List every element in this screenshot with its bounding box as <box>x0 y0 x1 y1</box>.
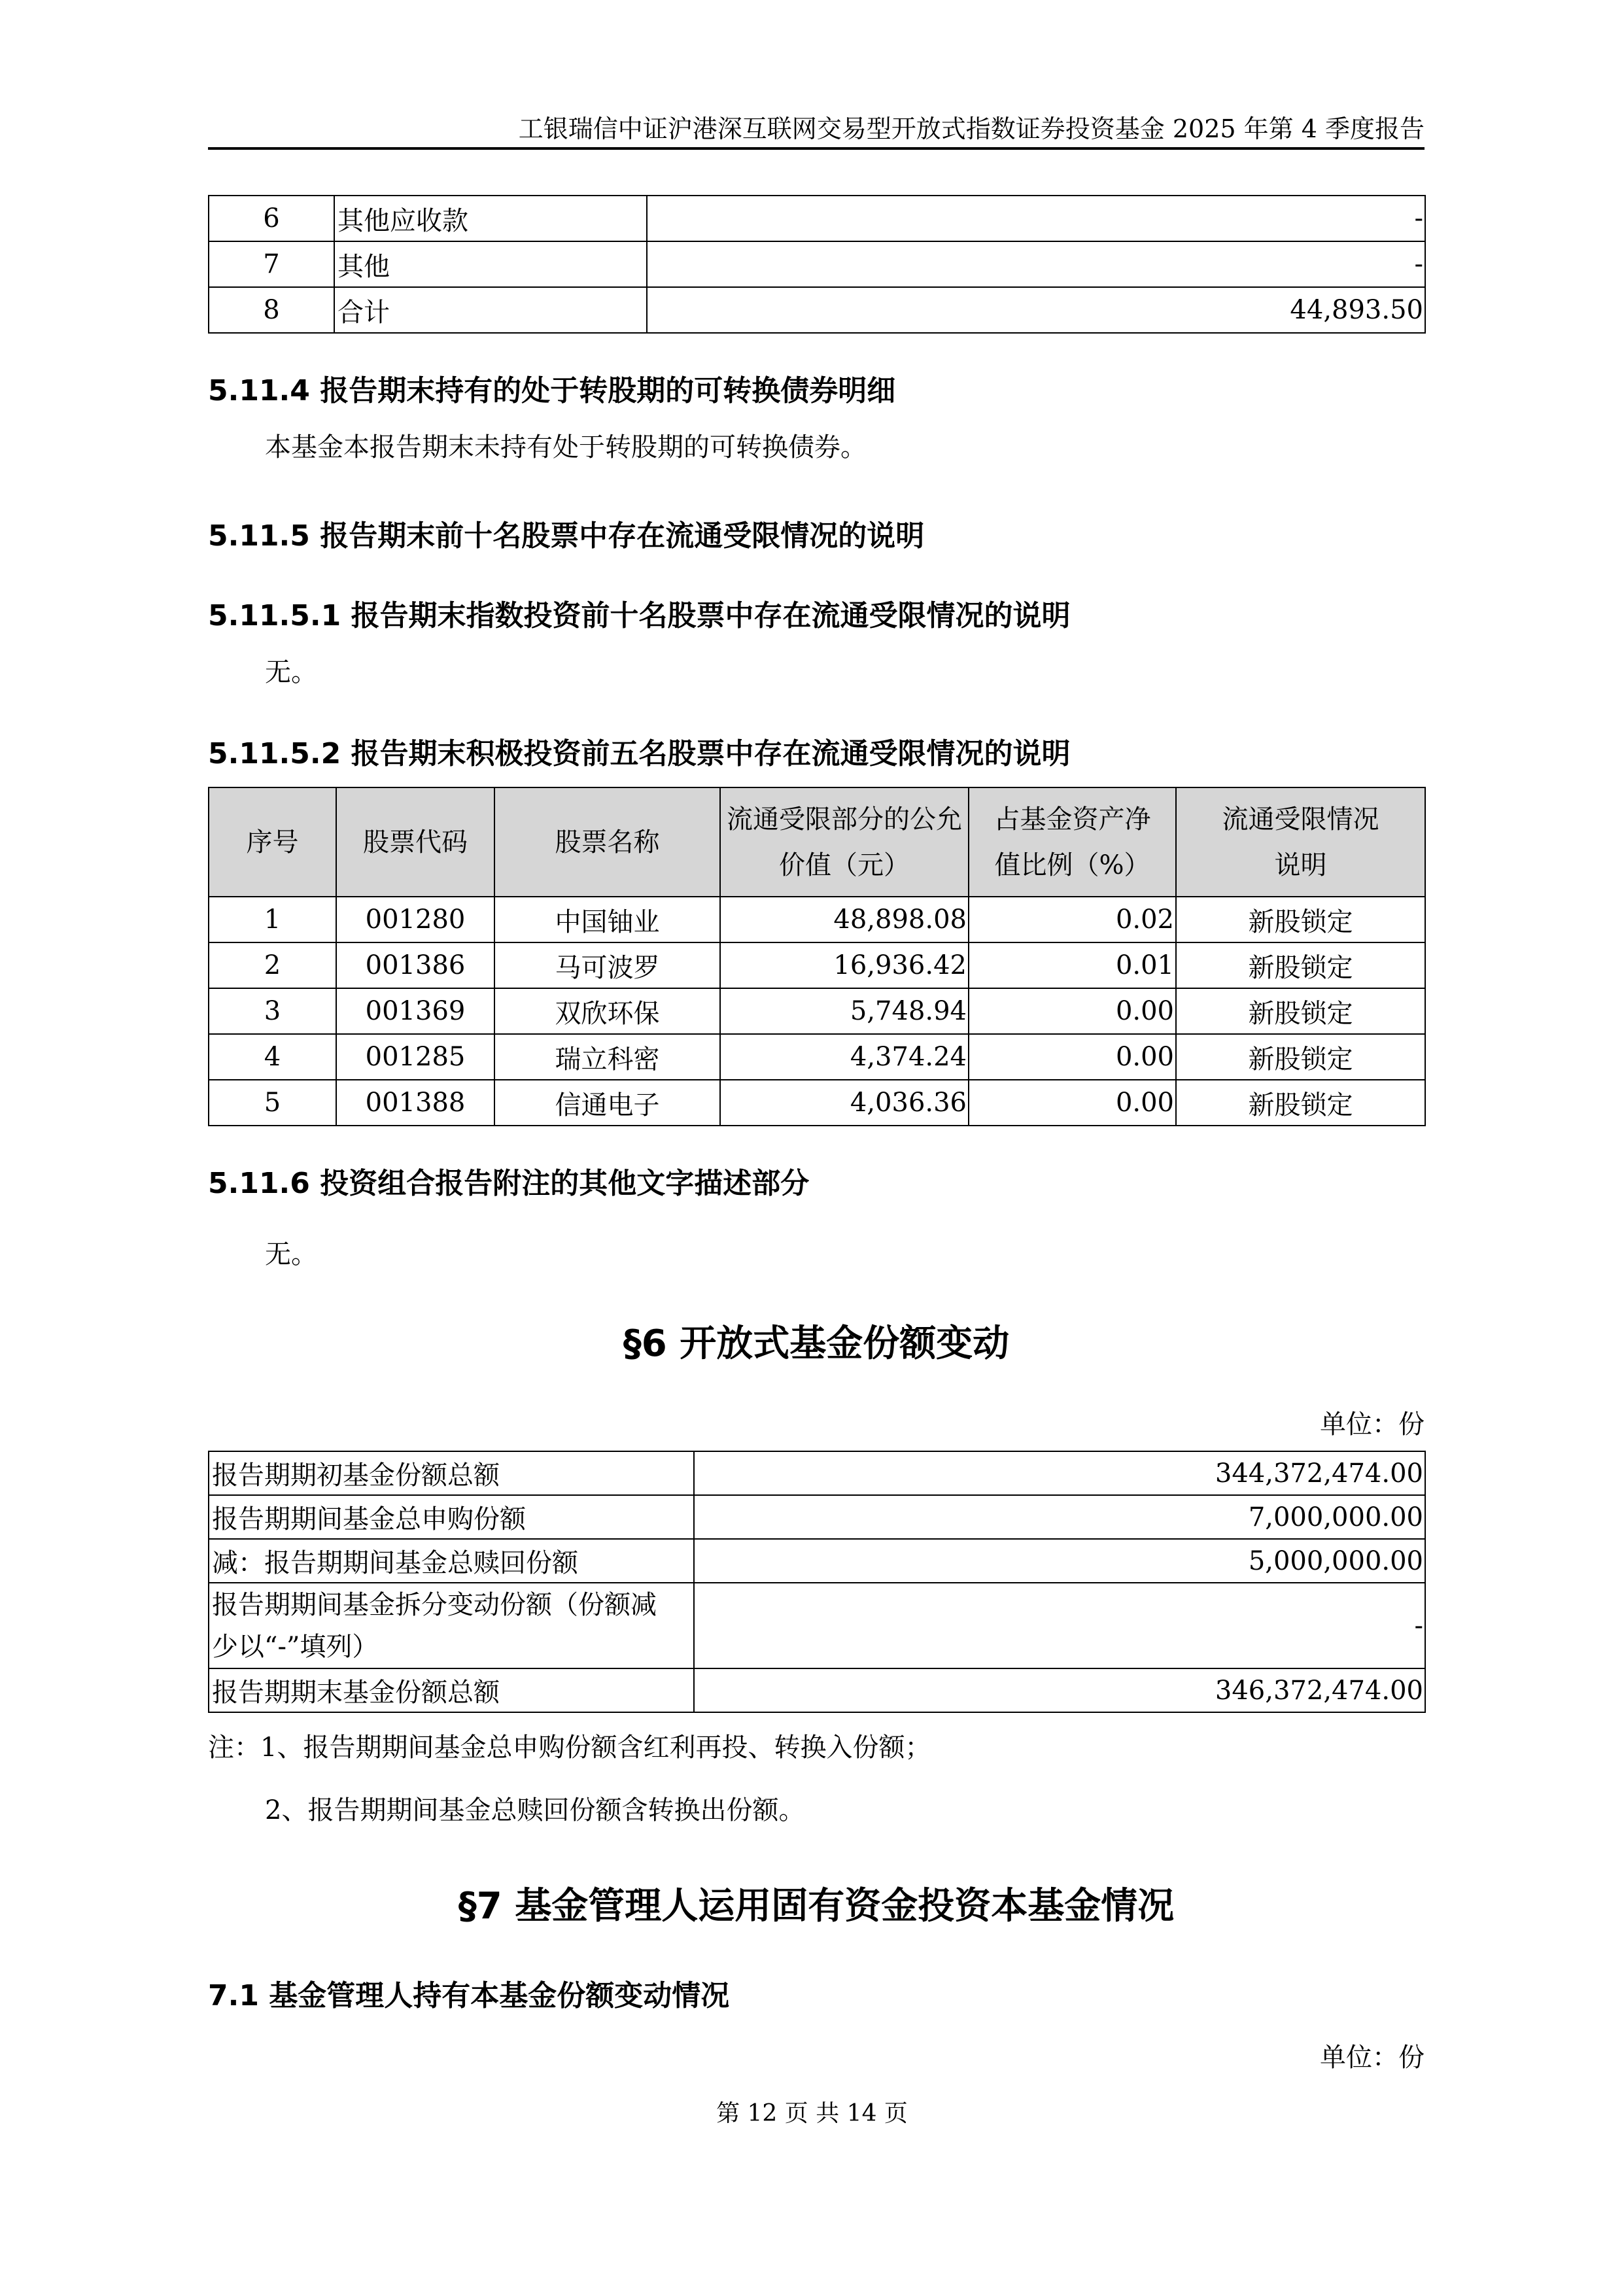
col-header-no: 序号 <box>209 787 336 897</box>
col-header-fair-value-line1: 流通受限部分的公允 <box>721 797 968 842</box>
cell-fair-value: 5,748.94 <box>720 988 969 1034</box>
table-row: 5 001388 信通电子 4,036.36 0.00 新股锁定 <box>209 1080 1425 1126</box>
row-label: 报告期期间基金总申购份额 <box>209 1495 694 1539</box>
row-value: - <box>694 1583 1425 1668</box>
row-value: 5,000,000.00 <box>694 1539 1425 1583</box>
col-header-code: 股票代码 <box>336 787 494 897</box>
cell-ratio: 0.00 <box>969 1080 1176 1126</box>
table-row: 7 其他 - <box>209 241 1425 287</box>
table-row: 减：报告期期间基金总赎回份额 5,000,000.00 <box>209 1539 1425 1583</box>
row-value: 7,000,000.00 <box>694 1495 1425 1539</box>
table-header-row: 序号 股票代码 股票名称 流通受限部分的公允 价值（元） 占基金资产净 值比例（… <box>209 787 1425 897</box>
row-value: - <box>647 241 1425 287</box>
col-header-fair-value-line2: 价值（元） <box>721 842 968 888</box>
cell-name: 中国铀业 <box>494 897 720 942</box>
cell-code: 001285 <box>336 1034 494 1080</box>
cell-ratio: 0.00 <box>969 1034 1176 1080</box>
cell-ratio: 0.00 <box>969 988 1176 1034</box>
page-number: 第 12 页 共 14 页 <box>0 2098 1624 2130</box>
cell-code: 001280 <box>336 897 494 942</box>
cell-desc: 新股锁定 <box>1176 988 1425 1034</box>
row-label: 减：报告期期间基金总赎回份额 <box>209 1539 694 1583</box>
cell-code: 001388 <box>336 1080 494 1126</box>
heading-5-11-5-2: 5.11.5.2 报告期末积极投资前五名股票中存在流通受限情况的说明 <box>208 734 1071 774</box>
col-header-ratio-line2: 值比例（%） <box>969 842 1175 888</box>
table-row: 报告期期间基金总申购份额 7,000,000.00 <box>209 1495 1425 1539</box>
row-value: 346,372,474.00 <box>694 1668 1425 1712</box>
col-header-fair-value: 流通受限部分的公允 价值（元） <box>720 787 969 897</box>
cell-code: 001386 <box>336 942 494 988</box>
note-2: 2、报告期期间基金总赎回份额含转换出份额。 <box>265 1792 804 1829</box>
table-row: 报告期期初基金份额总额 344,372,474.00 <box>209 1451 1425 1495</box>
other-assets-table: 6 其他应收款 - 7 其他 - 8 合计 44,893.50 <box>208 195 1426 334</box>
table-row: 报告期期间基金拆分变动份额（份额减 少以“-”填列） - <box>209 1583 1425 1668</box>
table-row: 1 001280 中国铀业 48,898.08 0.02 新股锁定 <box>209 897 1425 942</box>
cell-ratio: 0.02 <box>969 897 1176 942</box>
row-label: 报告期期间基金拆分变动份额（份额减 少以“-”填列） <box>209 1583 694 1668</box>
row-no: 8 <box>209 287 334 333</box>
cell-no: 3 <box>209 988 336 1034</box>
section-7-title: §7 基金管理人运用固有资金投资本基金情况 <box>208 1884 1425 1929</box>
cell-no: 4 <box>209 1034 336 1080</box>
row-value: 44,893.50 <box>647 287 1425 333</box>
heading-7-1: 7.1 基金管理人持有本基金份额变动情况 <box>208 1976 729 2016</box>
cell-fair-value: 16,936.42 <box>720 942 969 988</box>
table-row: 2 001386 马可波罗 16,936.42 0.01 新股锁定 <box>209 942 1425 988</box>
cell-name: 马可波罗 <box>494 942 720 988</box>
text-5-11-4: 本基金本报告期末未持有处于转股期的可转换债券。 <box>265 429 867 466</box>
heading-5-11-5-1: 5.11.5.1 报告期末指数投资前十名股票中存在流通受限情况的说明 <box>208 596 1071 636</box>
cell-desc: 新股锁定 <box>1176 1080 1425 1126</box>
row-name: 其他 <box>334 241 647 287</box>
cell-no: 2 <box>209 942 336 988</box>
col-header-ratio-line1: 占基金资产净 <box>969 797 1175 842</box>
text-5-11-6: 无。 <box>265 1236 317 1273</box>
cell-ratio: 0.01 <box>969 942 1176 988</box>
cell-name: 瑞立科密 <box>494 1034 720 1080</box>
row-value: - <box>647 196 1425 241</box>
row-label-line1: 报告期期间基金拆分变动份额（份额减 <box>212 1584 689 1626</box>
col-header-desc: 流通受限情况 说明 <box>1176 787 1425 897</box>
table-row: 3 001369 双欣环保 5,748.94 0.00 新股锁定 <box>209 988 1425 1034</box>
col-header-ratio: 占基金资产净 值比例（%） <box>969 787 1176 897</box>
col-header-desc-line1: 流通受限情况 <box>1177 797 1425 842</box>
cell-name: 信通电子 <box>494 1080 720 1126</box>
cell-no: 5 <box>209 1080 336 1126</box>
row-name: 合计 <box>334 287 647 333</box>
restricted-stocks-table: 序号 股票代码 股票名称 流通受限部分的公允 价值（元） 占基金资产净 值比例（… <box>208 787 1426 1126</box>
section-6-title: §6 开放式基金份额变动 <box>208 1321 1425 1367</box>
fund-shares-table: 报告期期初基金份额总额 344,372,474.00 报告期期间基金总申购份额 … <box>208 1451 1426 1713</box>
cell-fair-value: 4,036.36 <box>720 1080 969 1126</box>
unit-label-6: 单位：份 <box>1320 1406 1425 1443</box>
row-label: 报告期期初基金份额总额 <box>209 1451 694 1495</box>
row-no: 7 <box>209 241 334 287</box>
col-header-name: 股票名称 <box>494 787 720 897</box>
note-1: 注：1、报告期期间基金总申购份额含红利再投、转换入份额； <box>208 1729 931 1766</box>
table-row: 6 其他应收款 - <box>209 196 1425 241</box>
header-rule <box>208 147 1425 150</box>
row-label: 报告期期末基金份额总额 <box>209 1668 694 1712</box>
cell-desc: 新股锁定 <box>1176 1034 1425 1080</box>
running-header: 工银瑞信中证沪港深互联网交易型开放式指数证券投资基金 2025 年第 4 季度报… <box>208 112 1425 145</box>
cell-no: 1 <box>209 897 336 942</box>
heading-5-11-5: 5.11.5 报告期末前十名股票中存在流通受限情况的说明 <box>208 517 924 556</box>
row-label-line2: 少以“-”填列） <box>212 1626 689 1668</box>
heading-5-11-4: 5.11.4 报告期末持有的处于转股期的可转换债券明细 <box>208 371 895 411</box>
table-row: 8 合计 44,893.50 <box>209 287 1425 333</box>
row-no: 6 <box>209 196 334 241</box>
cell-fair-value: 48,898.08 <box>720 897 969 942</box>
row-name: 其他应收款 <box>334 196 647 241</box>
cell-name: 双欣环保 <box>494 988 720 1034</box>
table-row: 4 001285 瑞立科密 4,374.24 0.00 新股锁定 <box>209 1034 1425 1080</box>
heading-5-11-6: 5.11.6 投资组合报告附注的其他文字描述部分 <box>208 1164 809 1203</box>
col-header-desc-line2: 说明 <box>1177 842 1425 888</box>
cell-desc: 新股锁定 <box>1176 897 1425 942</box>
cell-desc: 新股锁定 <box>1176 942 1425 988</box>
row-value: 344,372,474.00 <box>694 1451 1425 1495</box>
unit-label-7-1: 单位：份 <box>1320 2039 1425 2076</box>
text-5-11-5-1: 无。 <box>265 654 317 691</box>
cell-fair-value: 4,374.24 <box>720 1034 969 1080</box>
table-row: 报告期期末基金份额总额 346,372,474.00 <box>209 1668 1425 1712</box>
cell-code: 001369 <box>336 988 494 1034</box>
